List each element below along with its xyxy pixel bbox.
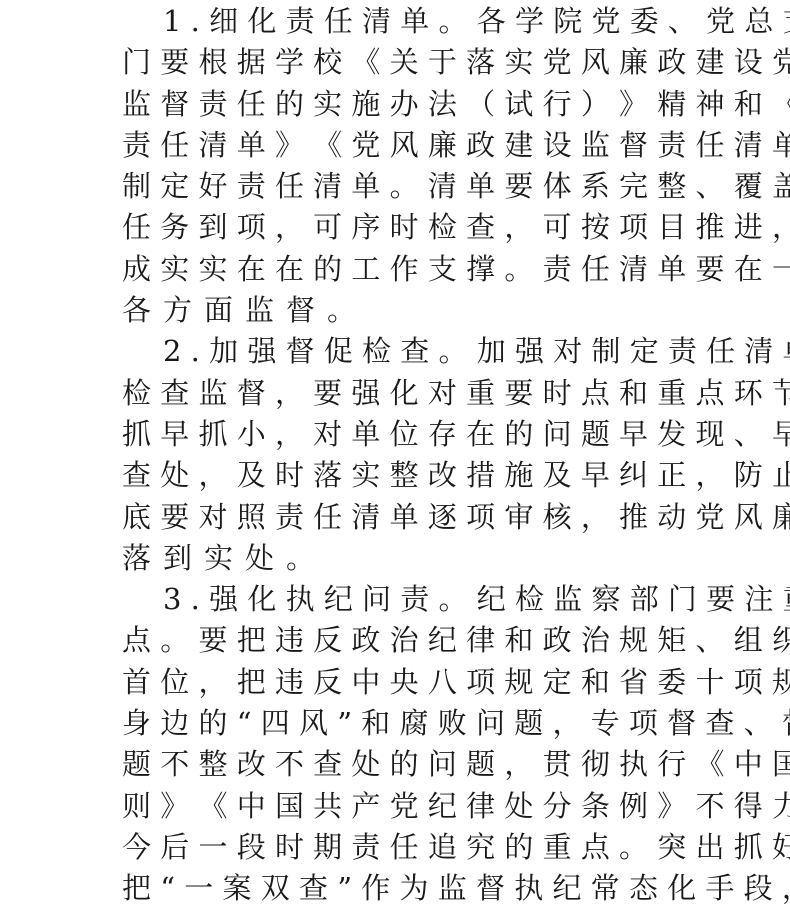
paragraph-line: 3 . 强 化 执 纪 问 责 。 纪 检 监 察 部 门 要 注 重 把 握 … xyxy=(122,579,668,620)
paragraph-line: 制 定 好 责 任 清 单 。 清 单 要 体 系 完 整 、 覆 盖 全 面 … xyxy=(122,166,668,207)
paragraph-line: 则 》 《 中 国 共 产 党 纪 律 处 分 条 例 》 不 得 力 问 题 … xyxy=(122,786,668,827)
paragraph-line: 查 处 ， 及 时 落 实 整 改 措 施 及 早 纠 正 ， 防 止 小 错 … xyxy=(122,455,668,496)
paragraph-line: 2 . 加 强 督 促 检 查 。 加 强 对 制 定 责 任 清 单 的 落 … xyxy=(122,331,668,372)
paragraph-line: 底 要 对 照 责 任 清 单 逐 项 审 核 ， 推 动 党 风 廉 政 建 … xyxy=(122,497,668,538)
paragraph-line: 责 任 清 单 》 《 党 风 廉 政 建 设 监 督 责 任 清 单 》 ， … xyxy=(122,125,668,166)
paragraph-2: 2 . 加 强 督 促 检 查 。 加 强 对 制 定 责 任 清 单 的 落 … xyxy=(122,331,668,579)
paragraph-line: 题 不 整 改 不 查 处 的 问 题 ， 贯 彻 执 行 《 中 国 共 产 … xyxy=(122,744,668,785)
paragraph-3: 3 . 强 化 执 纪 问 责 。 纪 检 监 察 部 门 要 注 重 把 握 … xyxy=(122,579,668,909)
paragraph-line: 检 查 监 督 ， 要 强 化 对 重 要 时 点 和 重 点 环 节 的 监 … xyxy=(122,373,668,414)
paragraph-line: 1 . 细 化 责 任 清 单 。 各 学 院 党 委 、 党 总 支 ， 各 … xyxy=(122,1,668,42)
document-page: 1 . 细 化 责 任 清 单 。 各 学 院 党 委 、 党 总 支 ， 各 … xyxy=(0,0,790,913)
paragraph-line: 身 边 的 “ 四 风 ” 和 腐 败 问 题 ， 专 项 督 查 、 督 导 … xyxy=(122,703,668,744)
paragraph-line: 落到实处。 xyxy=(122,538,668,579)
paragraph-line: 成 实 实 在 在 的 工 作 支 撑 。 责 任 清 单 要 在 一 定 范 … xyxy=(122,249,668,290)
paragraph-line: 点 。 要 把 违 反 政 治 纪 律 和 政 治 规 矩 、 组 织 纪 律 … xyxy=(122,620,668,661)
paragraph-line: 把 “ 一 案 双 查 ” 作 为 监 督 执 纪 常 态 化 手 段 ， 在 … xyxy=(122,868,668,909)
paragraph-line: 首 位 ， 把 违 反 中 央 八 项 规 定 和 省 委 十 项 规 定 精 … xyxy=(122,662,668,703)
paragraph-line: 今 后 一 段 时 期 责 任 追 究 的 重 点 。 突 出 抓 好 “ 一 … xyxy=(122,827,668,868)
paragraph-line: 门 要 根 据 学 校 《 关 于 落 实 党 风 廉 政 建 设 党 委 主 … xyxy=(122,42,668,83)
document-body: 1 . 细 化 责 任 清 单 。 各 学 院 党 委 、 党 总 支 ， 各 … xyxy=(122,1,668,910)
paragraph-line: 任 务 到 项 ， 可 序 时 检 查 ， 可 按 项 目 推 进 ， 逐 级 … xyxy=(122,207,668,248)
paragraph-1: 1 . 细 化 责 任 清 单 。 各 学 院 党 委 、 党 总 支 ， 各 … xyxy=(122,1,668,331)
paragraph-line: 监 督 责 任 的 实 施 办 法 （ 试 行 ） 》 精 神 和 《 党 风 … xyxy=(122,84,668,125)
paragraph-line: 各方面监督。 xyxy=(122,290,668,331)
paragraph-line: 抓 早 抓 小 ， 对 单 位 存 在 的 问 题 早 发 现 、 早 提 醒 … xyxy=(122,414,668,455)
